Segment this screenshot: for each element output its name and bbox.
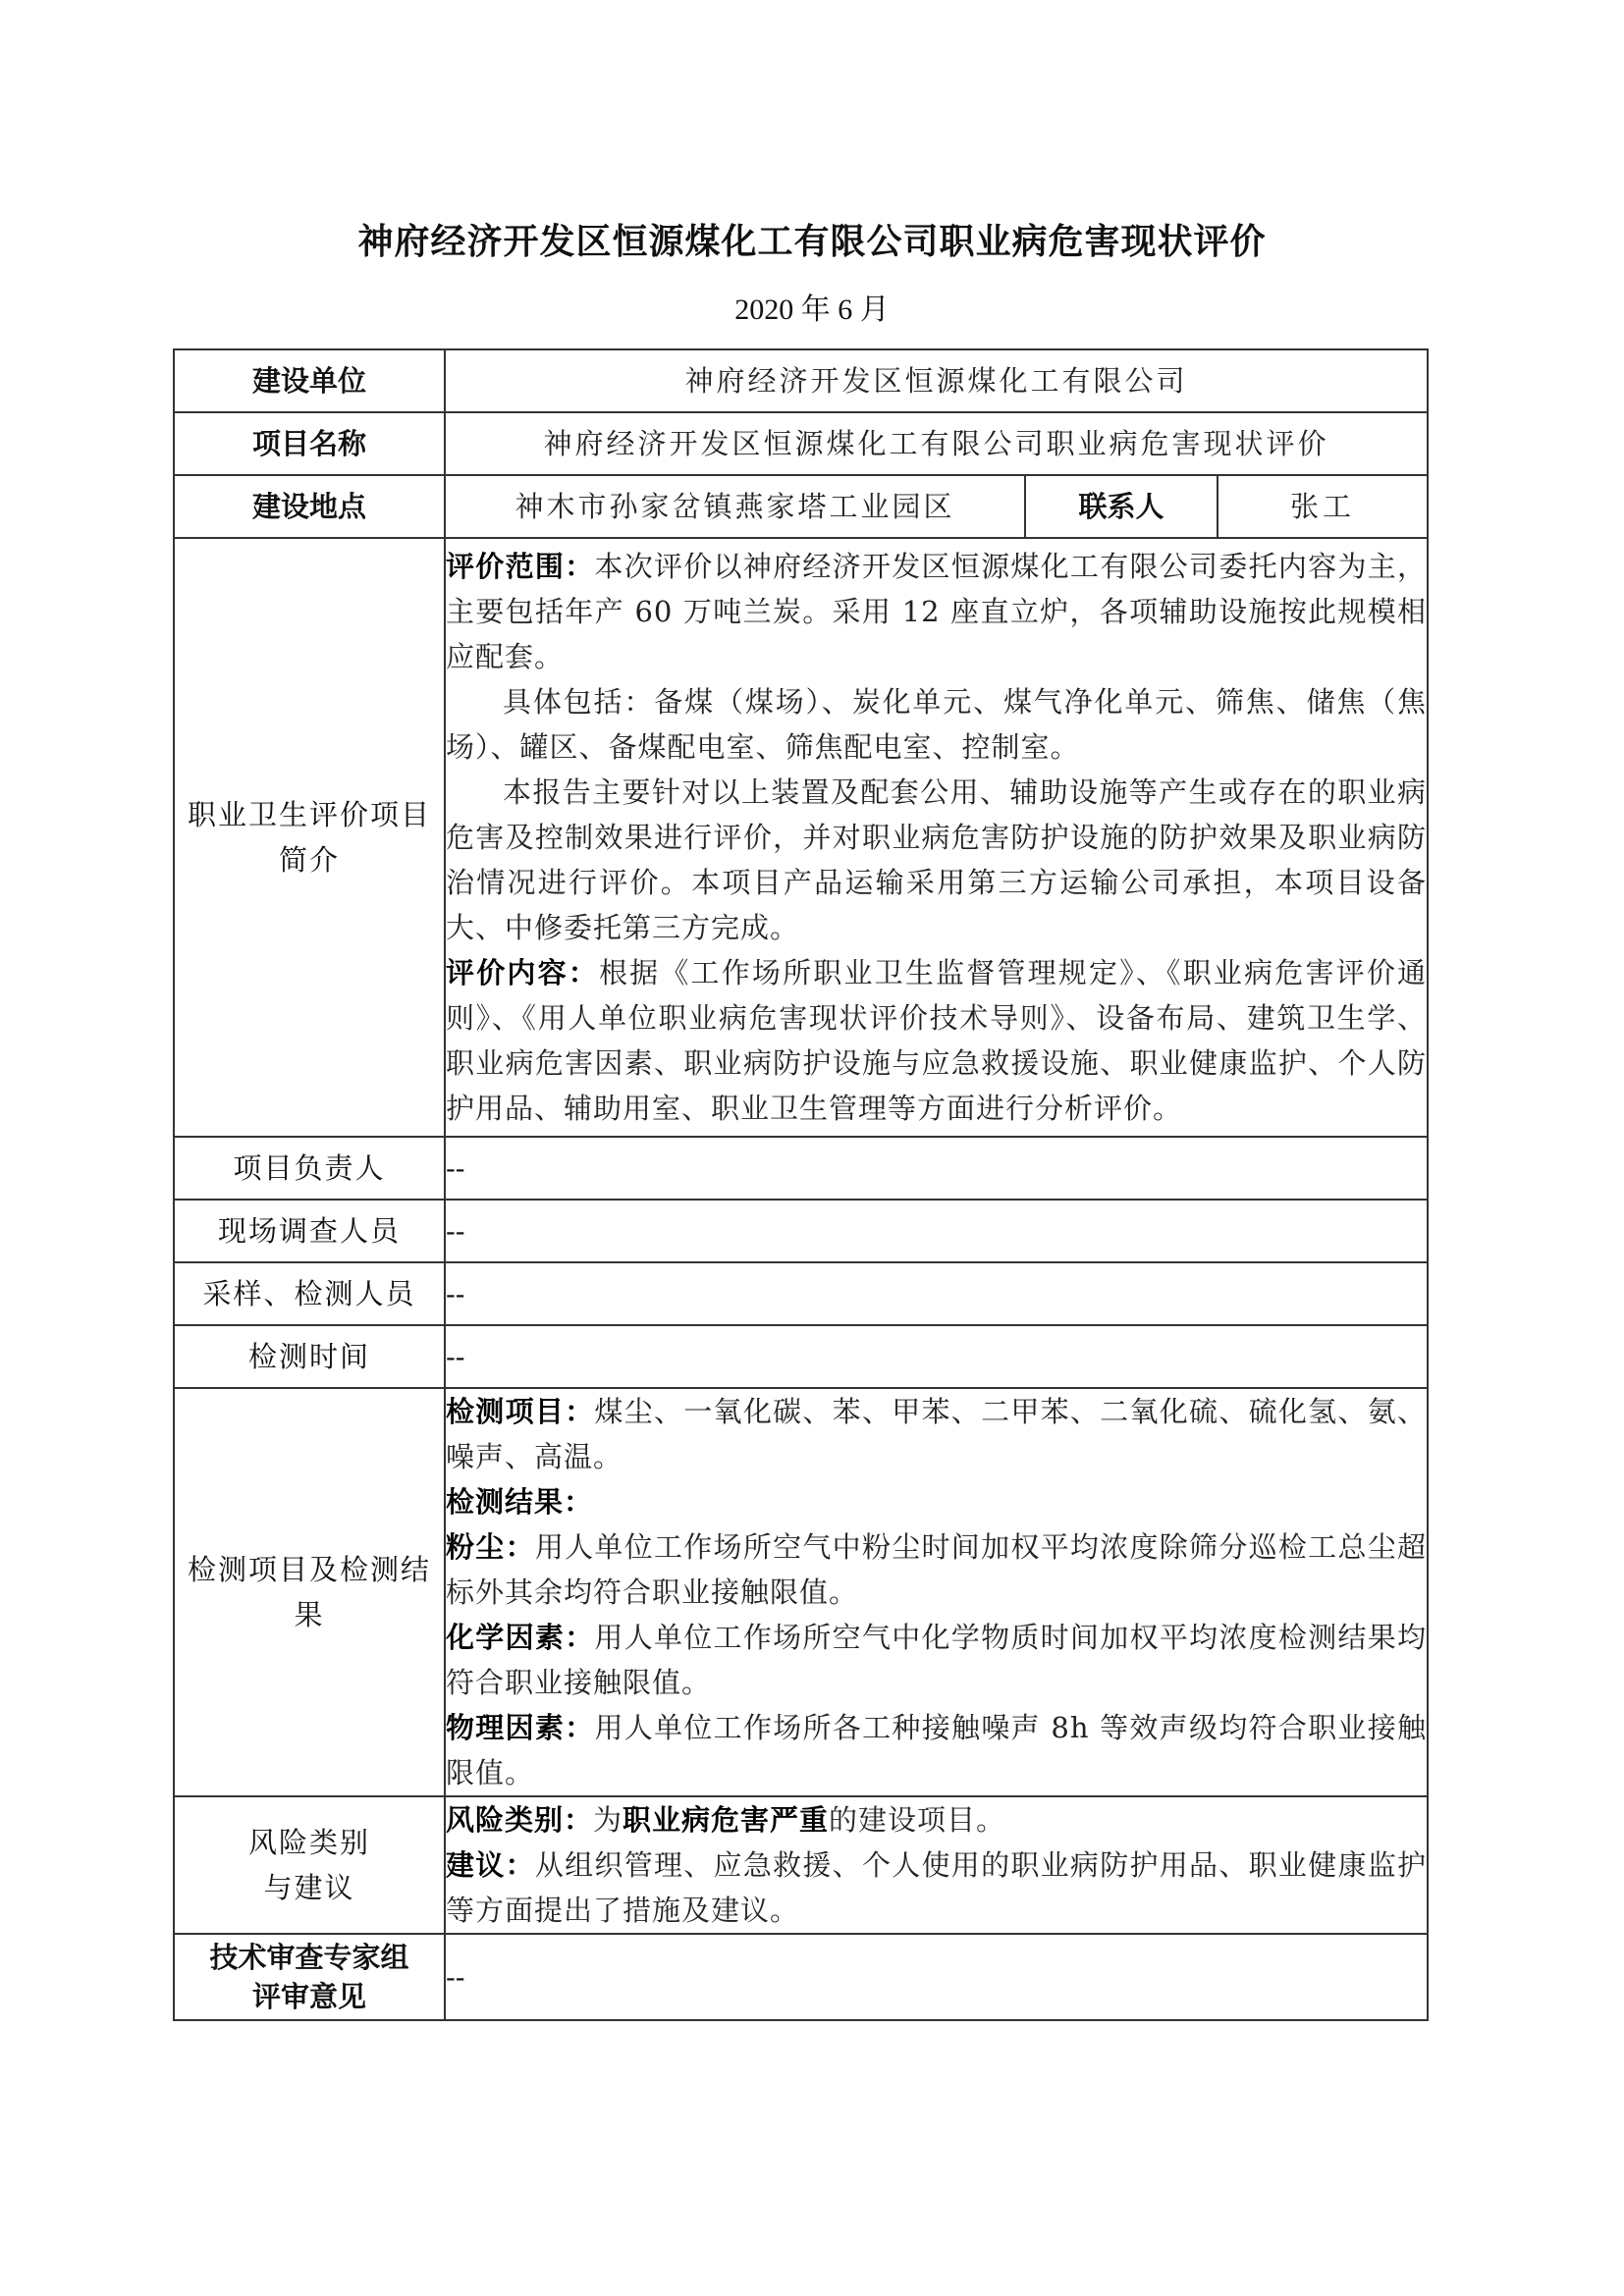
- includes-paragraph: 具体包括：备煤（煤场）、炭化单元、煤气净化单元、筛焦、储焦（焦场）、罐区、备煤配…: [446, 679, 1427, 770]
- test-items-results-label: 检测项目及检测结果: [174, 1388, 445, 1796]
- expert-review-label: 技术审查专家组 评审意见: [174, 1934, 445, 2020]
- row-expert-review: 技术审查专家组 评审意见 --: [174, 1934, 1428, 2020]
- advice-label: 建议：: [446, 1848, 535, 1882]
- risk-advice-label-line2: 与建议: [175, 1865, 444, 1910]
- project-intro-value: 评价范围：本次评价以神府经济开发区恒源煤化工有限公司委托内容为主，主要包括年产 …: [445, 538, 1428, 1137]
- document-title: 神府经济开发区恒源煤化工有限公司职业病危害现状评价: [0, 214, 1624, 264]
- document-date: 2020 年 6 月: [0, 285, 1624, 328]
- dust-paragraph: 粉尘：用人单位工作场所空气中粉尘时间加权平均浓度除筛分巡检工总尘超标外其余均符合…: [446, 1524, 1427, 1615]
- report-paragraph: 本报告主要针对以上装置及配套公用、辅助设施等产生或存在的职业病危害及控制效果进行…: [446, 770, 1427, 950]
- construction-site-value: 神木市孙家岔镇燕家塔工业园区: [445, 475, 1025, 538]
- test-items-results-value: 检测项目：煤尘、一氧化碳、苯、甲苯、二甲苯、二氧化硫、硫化氢、氨、噪声、高温。 …: [445, 1388, 1428, 1796]
- content-paragraph: 评价内容：根据《工作场所职业卫生监督管理规定》、《职业病危害评价通则》、《用人单…: [446, 950, 1427, 1131]
- project-intro-label: 职业卫生评价项目简介: [174, 538, 445, 1137]
- row-site-investigators: 现场调查人员 --: [174, 1200, 1428, 1262]
- site-investigators-value: --: [445, 1200, 1428, 1262]
- risk-prefix: 为: [593, 1803, 623, 1837]
- sampling-staff-value: --: [445, 1262, 1428, 1325]
- row-project-leader: 项目负责人 --: [174, 1137, 1428, 1200]
- row-test-time: 检测时间 --: [174, 1325, 1428, 1388]
- sampling-staff-label: 采样、检测人员: [174, 1262, 445, 1325]
- advice-paragraph: 建议：从组织管理、应急救援、个人使用的职业病防护用品、职业健康监护等方面提出了措…: [446, 1842, 1427, 1933]
- expert-review-label-line1: 技术审查专家组: [175, 1938, 444, 1977]
- physical-paragraph: 物理因素：用人单位工作场所各工种接触噪声 8h 等效声级均符合职业接触限值。: [446, 1705, 1427, 1795]
- test-items-label: 检测项目：: [446, 1395, 594, 1428]
- construction-unit-label: 建设单位: [174, 349, 445, 412]
- risk-emphasis: 职业病危害严重: [623, 1803, 829, 1837]
- row-construction-unit: 建设单位 神府经济开发区恒源煤化工有限公司: [174, 349, 1428, 412]
- risk-label: 风险类别：: [446, 1803, 593, 1837]
- contact-value: 张工: [1218, 475, 1428, 538]
- site-investigators-label: 现场调查人员: [174, 1200, 445, 1262]
- project-name-value: 神府经济开发区恒源煤化工有限公司职业病危害现状评价: [445, 412, 1428, 475]
- test-time-label: 检测时间: [174, 1325, 445, 1388]
- row-project-intro: 职业卫生评价项目简介 评价范围：本次评价以神府经济开发区恒源煤化工有限公司委托内…: [174, 538, 1428, 1137]
- expert-review-value: --: [445, 1934, 1428, 2020]
- project-name-label: 项目名称: [174, 412, 445, 475]
- risk-advice-label-line1: 风险类别: [175, 1820, 444, 1865]
- scope-paragraph: 评价范围：本次评价以神府经济开发区恒源煤化工有限公司委托内容为主，主要包括年产 …: [446, 544, 1427, 679]
- chemical-label: 化学因素：: [446, 1621, 594, 1654]
- risk-paragraph: 风险类别：为职业病危害严重的建设项目。: [446, 1797, 1427, 1842]
- scope-label: 评价范围：: [446, 550, 594, 583]
- physical-label: 物理因素：: [446, 1711, 594, 1744]
- dust-label: 粉尘：: [446, 1530, 535, 1564]
- test-items-paragraph: 检测项目：煤尘、一氧化碳、苯、甲苯、二甲苯、二氧化硫、硫化氢、氨、噪声、高温。: [446, 1389, 1427, 1479]
- risk-advice-label: 风险类别 与建议: [174, 1796, 445, 1934]
- test-time-value: --: [445, 1325, 1428, 1388]
- advice-text: 从组织管理、应急救援、个人使用的职业病防护用品、职业健康监护等方面提出了措施及建…: [446, 1848, 1427, 1927]
- project-leader-value: --: [445, 1137, 1428, 1200]
- dust-text: 用人单位工作场所空气中粉尘时间加权平均浓度除筛分巡检工总尘超标外其余均符合职业接…: [446, 1530, 1427, 1609]
- row-sampling-staff: 采样、检测人员 --: [174, 1262, 1428, 1325]
- expert-review-label-line2: 评审意见: [175, 1977, 444, 2016]
- risk-advice-value: 风险类别：为职业病危害严重的建设项目。 建议：从组织管理、应急救援、个人使用的职…: [445, 1796, 1428, 1934]
- row-test-items-results: 检测项目及检测结果 检测项目：煤尘、一氧化碳、苯、甲苯、二甲苯、二氧化硫、硫化氢…: [174, 1388, 1428, 1796]
- content-label: 评价内容：: [446, 956, 599, 989]
- test-results-heading: 检测结果：: [446, 1479, 1427, 1524]
- row-project-name: 项目名称 神府经济开发区恒源煤化工有限公司职业病危害现状评价: [174, 412, 1428, 475]
- row-risk-advice: 风险类别 与建议 风险类别：为职业病危害严重的建设项目。 建议：从组织管理、应急…: [174, 1796, 1428, 1934]
- risk-suffix: 的建设项目。: [829, 1803, 1005, 1837]
- project-info-table: 建设单位 神府经济开发区恒源煤化工有限公司 项目名称 神府经济开发区恒源煤化工有…: [173, 348, 1429, 2021]
- row-construction-site: 建设地点 神木市孙家岔镇燕家塔工业园区 联系人 张工: [174, 475, 1428, 538]
- construction-unit-value: 神府经济开发区恒源煤化工有限公司: [445, 349, 1428, 412]
- project-leader-label: 项目负责人: [174, 1137, 445, 1200]
- contact-label: 联系人: [1025, 475, 1218, 538]
- construction-site-label: 建设地点: [174, 475, 445, 538]
- chemical-paragraph: 化学因素：用人单位工作场所空气中化学物质时间加权平均浓度检测结果均符合职业接触限…: [446, 1615, 1427, 1705]
